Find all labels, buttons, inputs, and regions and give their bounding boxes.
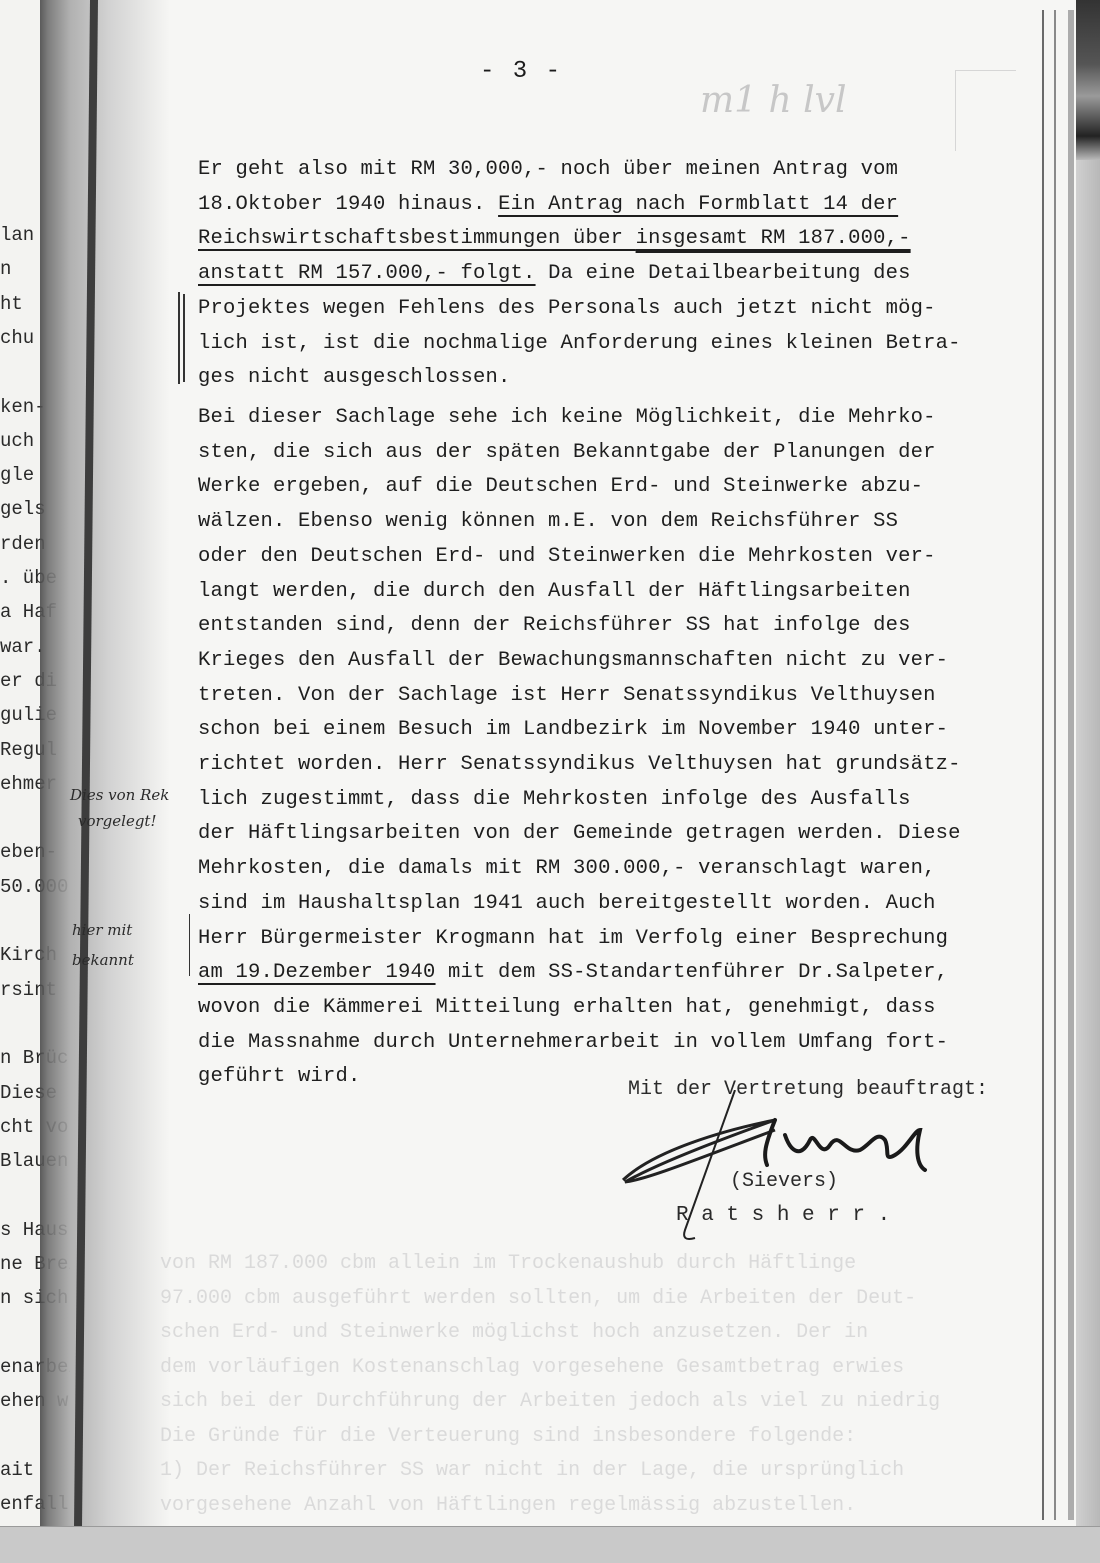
bleed-through-line: schen Erd- und Steinwerke möglichst hoch… [160,1321,868,1344]
line-text: mit dem SS-Standartenführer Dr.Salpeter, [436,961,949,984]
underlined-text: am 19.Dezember 1940 [198,961,436,984]
text-line: Reichswirtschaftsbestimmungen über insge… [198,227,911,250]
right-border-line [1068,10,1074,1520]
signatory-name: (Sievers) [730,1170,838,1193]
line-text: entstanden sind, denn der Reichsführer S… [198,614,911,637]
bleed-through-line: von RM 187.000 cbm allein im Trockenaush… [160,1252,856,1275]
text-line: am 19.Dezember 1940 mit dem SS-Standarte… [198,961,948,984]
emphasized-amount: insgesamt RM 187.000,- [636,227,911,250]
text-line: wovon die Kämmerei Mitteilung erhalten h… [198,996,936,1019]
line-text: Mehrkosten, die damals mit RM 300.000,- … [198,857,936,880]
text-line: Projektes wegen Fehlens des Personals au… [198,297,936,320]
margin-note-line: Dies von Rek [70,782,169,808]
text-line: lich zugestimmt, dass die Mehrkosten inf… [198,788,911,811]
text-line: die Massnahme durch Unternehmerarbeit in… [198,1031,948,1054]
right-page-edge [1076,0,1100,1530]
text-line: Bei dieser Sachlage sehe ich keine Mögli… [198,406,936,429]
line-text: Herr Bürgermeister Krogmann hat im Verfo… [198,927,948,950]
line-text: Werke ergeben, auf die Deutschen Erd- un… [198,475,923,498]
text-line: entstanden sind, denn der Reichsführer S… [198,614,911,637]
text-line: anstatt RM 157.000,- folgt. Da eine Deta… [198,262,911,285]
text-line: Krieges den Ausfall der Bewachungsmannsc… [198,649,948,672]
text-line: lich ist, ist die nochmalige Anforderung… [198,332,961,355]
bleed-through-line: dem vorläufigen Kostenanschlag vorgesehe… [160,1356,904,1379]
margin-mark [183,294,185,382]
left-page-fragment: gels [0,499,46,519]
left-page-fragment: ait [0,1460,34,1480]
margin-note-line: vorgelegt! [70,808,169,834]
left-page-fragment: lan [0,225,34,245]
bleed-through-line: vorgesehene Anzahl von Häftlingen regelm… [160,1494,856,1517]
line-text: Bei dieser Sachlage sehe ich keine Mögli… [198,406,936,429]
text-line: sten, die sich aus der späten Bekanntgab… [198,441,936,464]
bleed-through-line: sich bei der Durchführung der Arbeiten j… [160,1390,940,1413]
line-text: oder den Deutschen Erd- und Steinwerken … [198,545,936,568]
underlined-text: anstatt RM 157.000,- folgt. [198,262,536,285]
line-text: die Massnahme durch Unternehmerarbeit in… [198,1031,948,1054]
margin-note: hier mit bekannt [72,915,134,975]
text-line: 18.Oktober 1940 hinaus. Ein Antrag nach … [198,193,898,216]
text-line: geführt wird. [198,1065,361,1088]
right-border-line [1054,10,1056,1520]
text-line: Werke ergeben, auf die Deutschen Erd- un… [198,475,923,498]
scanner-bottom-edge [0,1526,1100,1563]
bleed-through-line: 97.000 cbm ausgeführt werden sollten, um… [160,1287,916,1310]
line-text: 18.Oktober 1940 hinaus. [198,193,498,216]
left-page-fragment: chu [0,328,34,348]
text-line: langt werden, die durch den Ausfall der … [198,580,911,603]
line-text: ges nicht ausgeschlossen. [198,366,511,389]
left-page-fragment: war. [0,637,46,657]
line-text: geführt wird. [198,1065,361,1088]
left-page-fragment: ken- [0,397,46,417]
text-line: der Häftlingsarbeiten von der Gemeinde g… [198,822,961,845]
margin-mark [178,292,180,384]
line-text: Projektes wegen Fehlens des Personals au… [198,297,936,320]
underlined-text: Reichswirtschaftsbestimmungen über [198,227,636,250]
left-page-fragment: n [0,259,11,279]
text-line: richtet worden. Herr Senatssyndikus Velt… [198,753,961,776]
right-border-line [1042,10,1044,1520]
line-text: lich zugestimmt, dass die Mehrkosten inf… [198,788,911,811]
faint-handwriting: m1 h lvl [700,80,846,121]
page-fold-shadow [40,0,170,1527]
right-edge-shadow [1076,0,1100,160]
text-line: ges nicht ausgeschlossen. [198,366,511,389]
line-text: schon bei einem Besuch im Landbezirk im … [198,718,948,741]
text-line: treten. Von der Sachlage ist Herr Senats… [198,684,936,707]
bleed-through-line: 1) Der Reichsführer SS war nicht in der … [160,1459,904,1482]
line-text: sten, die sich aus der späten Bekanntgab… [198,441,936,464]
line-text: der Häftlingsarbeiten von der Gemeinde g… [198,822,961,845]
left-page-fragment: gle [0,465,34,485]
left-page-fragment: uch [0,431,34,451]
margin-note-line: hier mit [72,915,134,945]
faint-stamp [955,70,1016,151]
underlined-text: Ein Antrag nach Formblatt 14 der [498,193,898,216]
text-line: schon bei einem Besuch im Landbezirk im … [198,718,948,741]
text-line: Mehrkosten, die damals mit RM 300.000,- … [198,857,936,880]
text-line: Herr Bürgermeister Krogmann hat im Verfo… [198,927,948,950]
text-line: Er geht also mit RM 30,000,- noch über m… [198,158,898,181]
signatory-title: R a t s h e r r . [676,1204,890,1227]
line-text: langt werden, die durch den Ausfall der … [198,580,911,603]
margin-mark [189,914,190,976]
margin-note-line: bekannt [72,945,134,975]
line-text: sind im Haushaltsplan 1941 auch bereitge… [198,892,936,915]
page-number: - 3 - [480,58,562,85]
line-text: lich ist, ist die nochmalige Anforderung… [198,332,961,355]
line-text: wälzen. Ebenso wenig können m.E. von dem… [198,510,898,533]
line-text: Da eine Detailbearbeitung des [536,262,911,285]
line-text: treten. Von der Sachlage ist Herr Senats… [198,684,936,707]
bleed-through-line: Die Gründe für die Verteuerung sind insb… [160,1425,856,1448]
left-page-fragment: ht [0,294,23,314]
line-text: richtet worden. Herr Senatssyndikus Velt… [198,753,961,776]
text-line: wälzen. Ebenso wenig können m.E. von dem… [198,510,898,533]
text-line: sind im Haushaltsplan 1941 auch bereitge… [198,892,936,915]
line-text: Krieges den Ausfall der Bewachungsmannsc… [198,649,948,672]
margin-note: Dies von Rek vorgelegt! [70,782,169,834]
line-text: wovon die Kämmerei Mitteilung erhalten h… [198,996,936,1019]
line-text: Er geht also mit RM 30,000,- noch über m… [198,158,898,181]
text-line: oder den Deutschen Erd- und Steinwerken … [198,545,936,568]
left-page-fragment: rden [0,534,46,554]
